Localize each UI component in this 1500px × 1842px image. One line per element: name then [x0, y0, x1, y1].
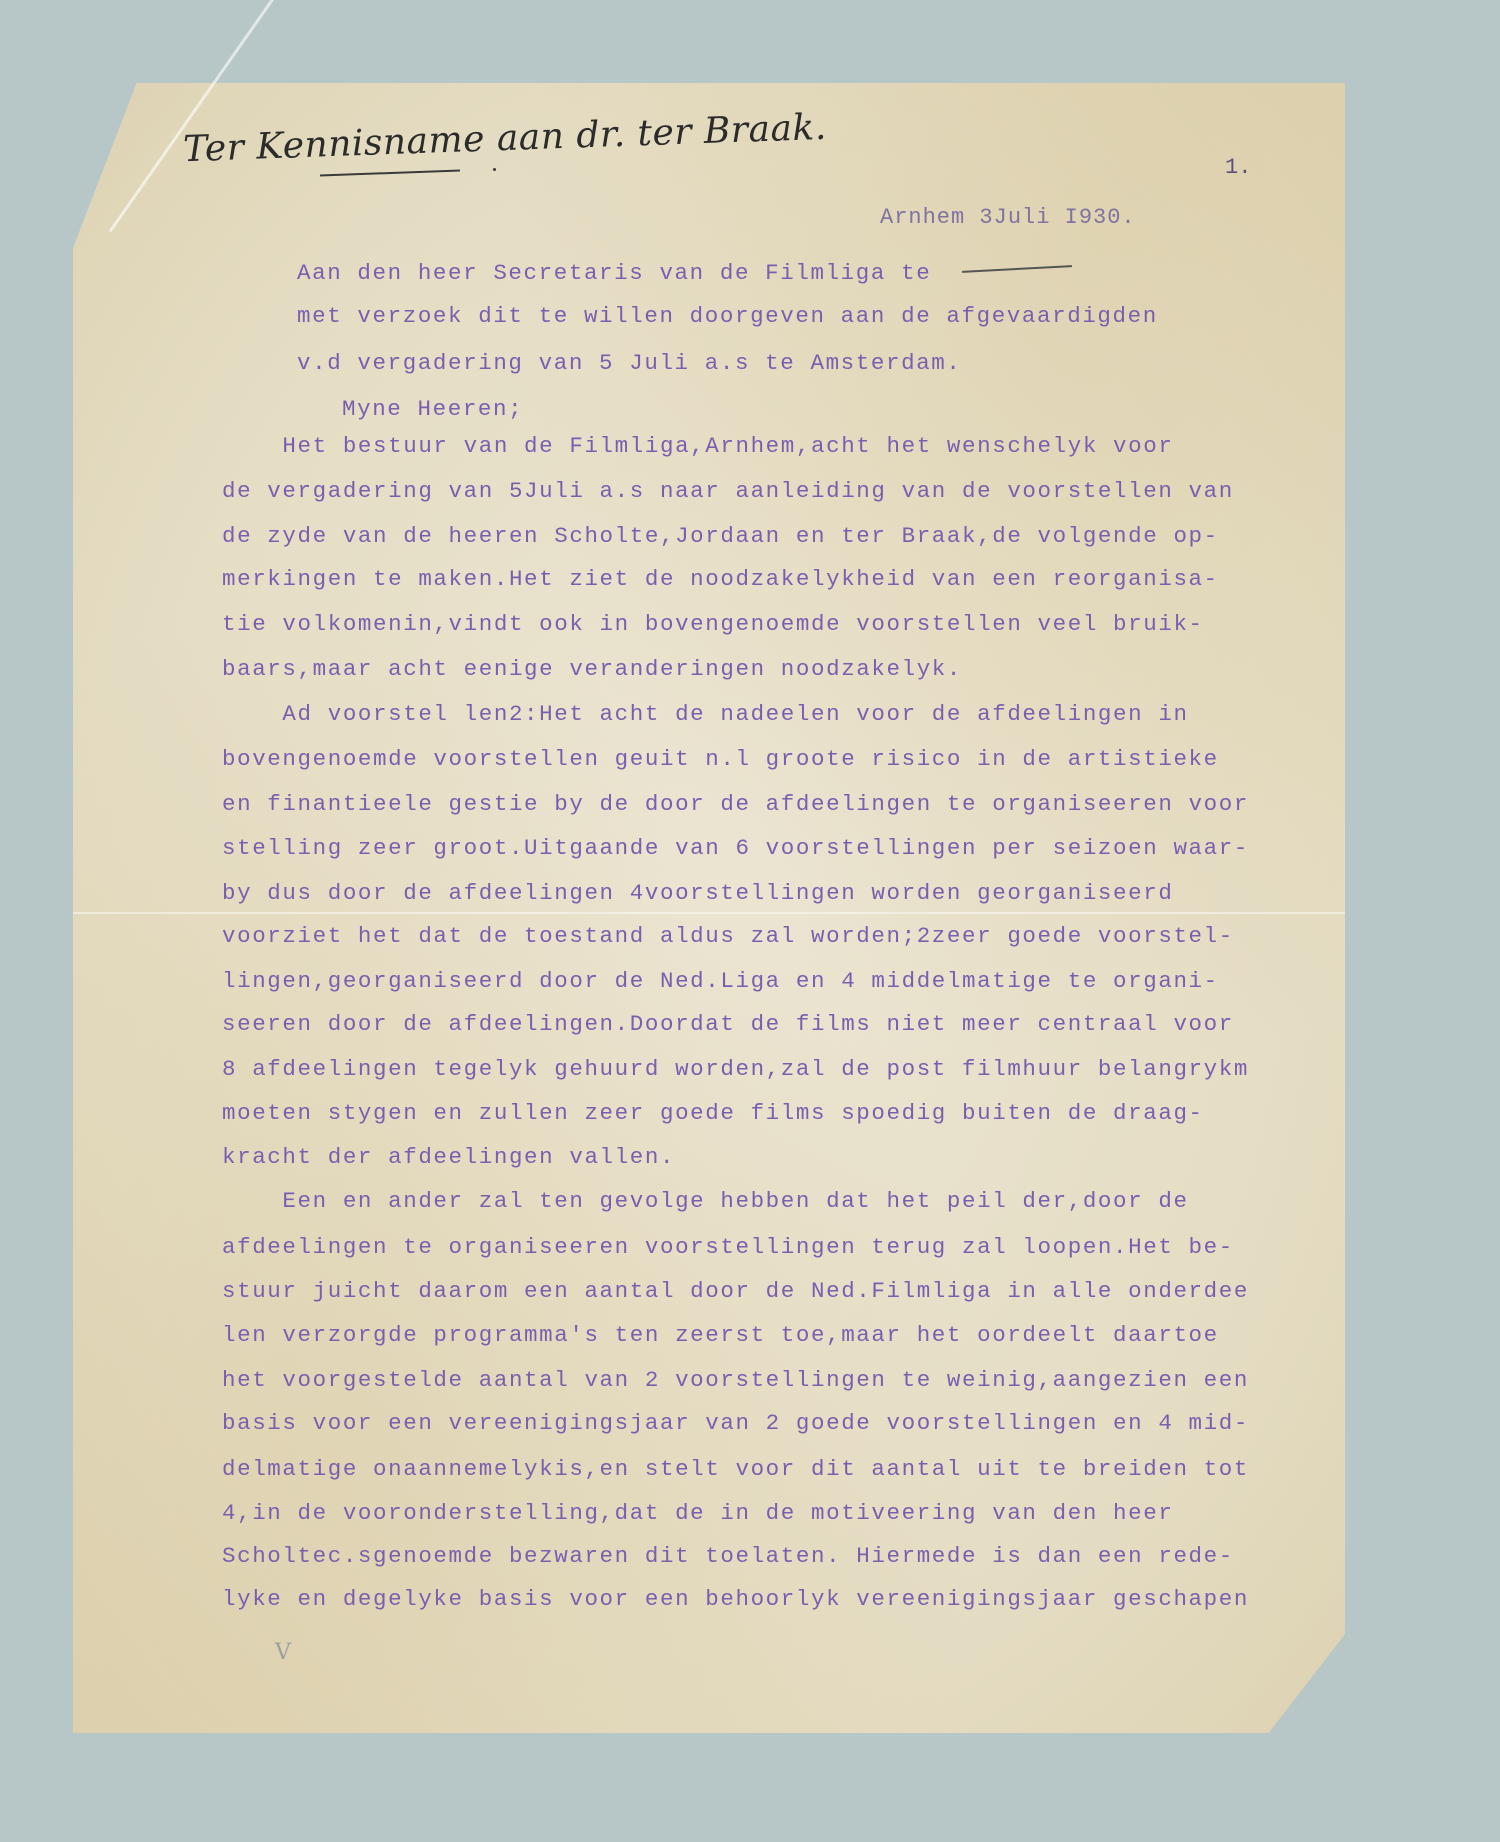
salutation: Myne Heeren; — [342, 398, 523, 421]
body-line: Ad voorstel len2:Het acht de nadeelen vo… — [222, 703, 1189, 726]
address-line-3: v.d vergadering van 5 Juli a.s te Amster… — [297, 352, 962, 375]
address-line-2: met verzoek dit te willen doorgeven aan … — [297, 305, 1158, 328]
body-line: by dus door de afdeelingen 4voorstelling… — [222, 882, 1173, 905]
body-line: len verzorgde programma's ten zeerst toe… — [222, 1324, 1219, 1347]
body-line: en finantieele gestie by de door de afde… — [222, 793, 1249, 816]
body-line: 4,in de vooronderstelling,dat de in de m… — [222, 1502, 1173, 1525]
body-line: moeten stygen en zullen zeer goede films… — [222, 1102, 1204, 1125]
body-line: delmatige onaannemelykis,en stelt voor d… — [222, 1458, 1249, 1481]
body-line: merkingen te maken.Het ziet de noodzakel… — [222, 568, 1219, 591]
body-line: lyke en degelyke basis voor een behoorly… — [222, 1588, 1249, 1611]
body-line: lingen,georganiseerd door de Ned.Liga en… — [222, 970, 1219, 993]
fold-line — [73, 912, 1345, 914]
body-line: baars,maar acht eenige veranderingen noo… — [222, 658, 962, 681]
body-line: voorziet het dat de toestand aldus zal w… — [222, 925, 1234, 948]
body-line: afdeelingen te organiseeren voorstelling… — [222, 1236, 1234, 1259]
body-line: 8 afdeelingen tegelyk gehuurd worden,zal… — [222, 1058, 1249, 1081]
pencil-mark: V — [275, 1640, 291, 1665]
dateline: Arnhem 3Juli I930. — [880, 205, 1136, 230]
body-line: Het bestuur van de Filmliga,Arnhem,acht … — [222, 435, 1173, 458]
body-line: bovengenoemde voorstellen geuit n.l groo… — [222, 748, 1219, 771]
body-line: kracht der afdeelingen vallen. — [222, 1146, 675, 1169]
body-line: Een en ander zal ten gevolge hebben dat … — [222, 1190, 1189, 1213]
body-line: stuur juicht daarom een aantal door de N… — [222, 1280, 1249, 1303]
body-line: basis voor een vereenigingsjaar van 2 go… — [222, 1412, 1249, 1435]
page-number: 1. — [1225, 155, 1251, 180]
handwritten-dot — [493, 168, 496, 171]
body-line: de zyde van de heeren Scholte,Jordaan en… — [222, 525, 1219, 548]
body-line: tie volkomenin,vindt ook in bovengenoemd… — [222, 613, 1204, 636]
body-line: stelling zeer groot.Uitgaande van 6 voor… — [222, 837, 1249, 860]
body-line: het voorgestelde aantal van 2 voorstelli… — [222, 1369, 1249, 1392]
body-line: de vergadering van 5Juli a.s naar aanlei… — [222, 480, 1234, 503]
body-line: Scholtec.sgenoemde bezwaren dit toelaten… — [222, 1545, 1234, 1568]
body-line: seeren door de afdeelingen.Doordat de fi… — [222, 1013, 1234, 1036]
address-line-1: Aan den heer Secretaris van de Filmliga … — [297, 262, 931, 285]
paper-sheet — [73, 83, 1345, 1733]
